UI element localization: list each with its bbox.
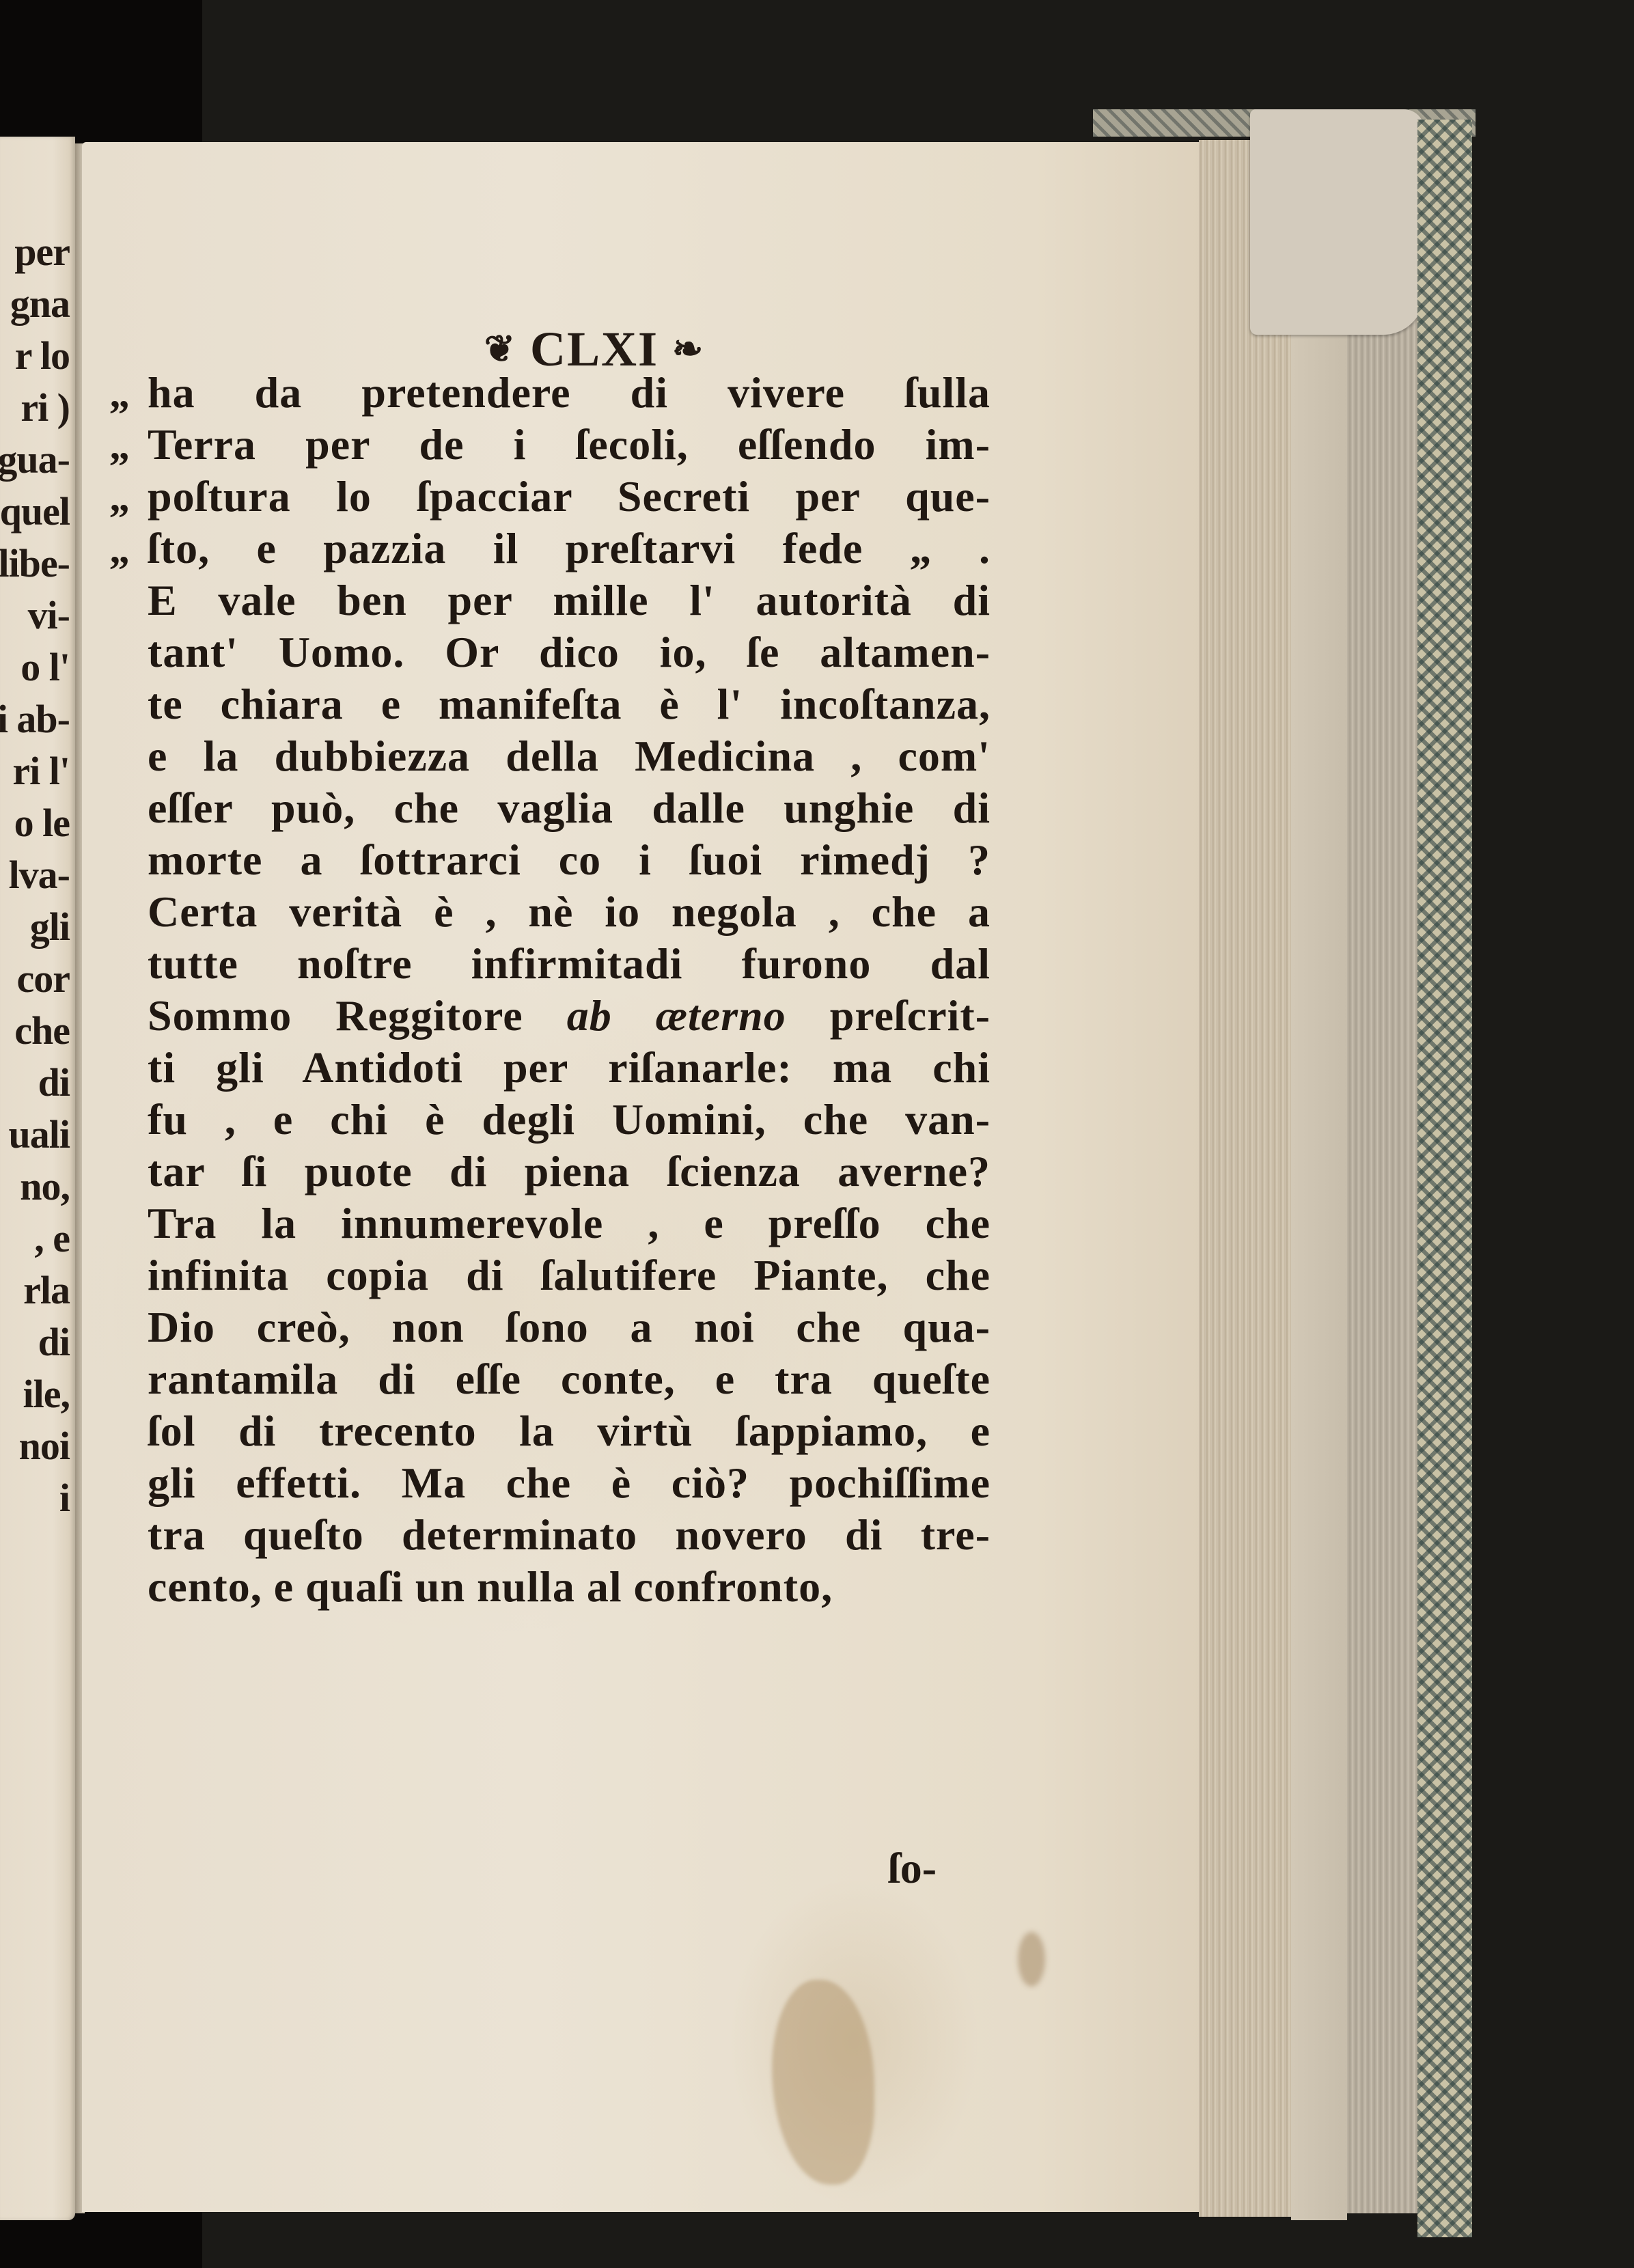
left-page-fragment: libe-: [0, 544, 70, 583]
line-text: morte a ſottrarci co i ſuoi rimedj ?: [148, 835, 991, 885]
quote-mark: „: [109, 474, 148, 521]
text-line: morte a ſottrarci co i ſuoi rimedj ?: [109, 835, 991, 887]
line-text: Sommo Reggitore ab æterno preſcrit-: [148, 991, 991, 1041]
line-text: Terra per de i ſecoli, eſſendo im-: [148, 419, 991, 470]
marbled-cover: [1417, 120, 1472, 2237]
left-page-fragment: che: [14, 1011, 70, 1051]
left-page-fragment: lva-: [9, 855, 70, 895]
line-text: infinita copia di ſalutifere Piante, che: [148, 1250, 991, 1301]
left-page-fragment: r lo: [15, 336, 70, 376]
left-page-fragment: uali: [9, 1115, 70, 1154]
text-line: ſol di trecento la virtù ſappiamo, e: [109, 1406, 991, 1458]
left-page-fragment: ri ): [20, 388, 70, 428]
line-text: poſtura lo ſpacciar Secreti per que-: [148, 471, 991, 522]
line-text: eſſer può, che vaglia dalle unghie di: [148, 783, 991, 833]
water-stain: [772, 1980, 874, 2185]
left-page-fragment: ile,: [23, 1374, 70, 1414]
left-page-fragment: gli: [30, 907, 70, 947]
left-page-fragment: di: [38, 1063, 70, 1103]
left-page-fragment: noi: [19, 1426, 70, 1466]
text-line: tant' Uomo. Or dico io, ſe altamen-: [109, 627, 991, 679]
text-line: „poſtura lo ſpacciar Secreti per que-: [109, 471, 991, 523]
text-line: ti gli Antidoti per riſanarle: ma chi: [109, 1042, 991, 1094]
line-text: Dio creò, non ſono a noi che qua-: [148, 1302, 991, 1353]
left-page-fragment: gua-: [0, 440, 70, 480]
endpaper-edges: [1347, 143, 1419, 2213]
text-line: eſſer può, che vaglia dalle unghie di: [109, 783, 991, 835]
line-text: tutte noſtre infirmitadi furono dal: [148, 939, 991, 989]
text-line: infinita copia di ſalutifere Piante, che: [109, 1250, 991, 1302]
left-page-fragment: rla: [23, 1271, 70, 1310]
line-text: fu , e chi è degli Uomini, che van-: [148, 1094, 991, 1145]
quote-mark: „: [109, 370, 148, 417]
text-line: fu , e chi è degli Uomini, che van-: [109, 1094, 991, 1146]
text-line: tutte noſtre infirmitadi furono dal: [109, 939, 991, 991]
text-line: Certa verità è , nè io negola , che a: [109, 887, 991, 939]
left-page-fragment: di: [38, 1323, 70, 1362]
left-page-fragment: vi-: [28, 596, 70, 635]
line-text: gli effetti. Ma che è ciò? pochiſſime: [148, 1458, 991, 1508]
line-text: Tra la innumerevole , e preſſo che: [148, 1198, 991, 1249]
line-text: tant' Uomo. Or dico io, ſe altamen-: [148, 627, 991, 678]
line-text: Certa verità è , nè io negola , che a: [148, 887, 991, 937]
left-page-fragment: o l': [20, 648, 70, 687]
text-line: cento, e quaſi un nulla al confronto,: [109, 1562, 991, 1614]
line-text: cento, e quaſi un nulla al confronto,: [148, 1562, 991, 1612]
text-line: gli effetti. Ma che è ciò? pochiſſime: [109, 1458, 991, 1510]
catchword: ſo-: [888, 1843, 937, 1894]
text-line: Sommo Reggitore ab æterno preſcrit-: [109, 991, 991, 1042]
ornament-right-icon: ❧: [672, 329, 704, 370]
quote-mark: „: [109, 526, 148, 573]
page-edges: [1199, 140, 1291, 2217]
left-page-fragment: gna: [10, 284, 70, 324]
text-line: Dio creò, non ſono a noi che qua-: [109, 1302, 991, 1354]
line-text: E vale ben per mille l' autorità di: [148, 575, 991, 626]
line-text: tar ſi puote di piena ſcienza averne?: [148, 1146, 991, 1197]
left-page-fragment: o le: [14, 803, 70, 843]
ornament-left-icon: ❦: [484, 329, 516, 370]
text-line: rantamila di eſſe conte, e tra queſte: [109, 1354, 991, 1406]
text-line: tar ſi puote di piena ſcienza averne?: [109, 1146, 991, 1198]
text-line: E vale ben per mille l' autorità di: [109, 575, 991, 627]
text-line: „ſto, e pazzia il preſtarvi fede „ .: [109, 523, 991, 575]
left-page-fragment: ri l': [12, 751, 70, 791]
text-line: „Terra per de i ſecoli, eſſendo im-: [109, 419, 991, 471]
line-text: rantamila di eſſe conte, e tra queſte: [148, 1354, 991, 1405]
latin-phrase: ab æterno: [567, 991, 786, 1040]
book-page: ❦ CLXI ❧ „ha da pretendere di vivere ſul…: [82, 142, 1202, 2212]
left-page-fragment: per: [14, 232, 70, 272]
line-text: tra queſto determinato novero di tre-: [148, 1510, 991, 1560]
body-text: „ha da pretendere di vivere ſulla„Terra …: [109, 368, 991, 1614]
text-line: tra queſto determinato novero di tre-: [109, 1510, 991, 1562]
line-text: ti gli Antidoti per riſanarle: ma chi: [148, 1042, 991, 1093]
line-text: ſto, e pazzia il preſtarvi fede „ .: [148, 523, 991, 574]
torn-endpaper: [1250, 109, 1424, 335]
text-line: te chiara e manifeſta è l' incoſtanza,: [109, 679, 991, 731]
left-page-fragment: i: [59, 1478, 70, 1518]
line-text: ſol di trecento la virtù ſappiamo, e: [148, 1406, 991, 1456]
line-text: te chiara e manifeſta è l' incoſtanza,: [148, 679, 991, 730]
line-text: ha da pretendere di vivere ſulla: [148, 368, 991, 418]
left-page-fragment: i ab-: [0, 700, 70, 739]
previous-page-edge: pergnar lori )gua-quellibe-vi-o l'i ab-r…: [0, 137, 75, 2220]
text-line: e la dubbiezza della Medicina , com': [109, 731, 991, 783]
foxing-spot: [1018, 1932, 1045, 1987]
left-page-fragment: cor: [17, 959, 70, 999]
text-line: „ha da pretendere di vivere ſulla: [109, 368, 991, 419]
left-page-fragment: no,: [20, 1167, 70, 1206]
left-page-fragment: , e: [34, 1219, 70, 1258]
text-line: Tra la innumerevole , e preſſo che: [109, 1198, 991, 1250]
left-page-fragment: quel: [0, 492, 70, 531]
quote-mark: „: [109, 422, 148, 469]
line-text: e la dubbiezza della Medicina , com': [148, 731, 991, 782]
flyleaf: [1291, 137, 1347, 2220]
